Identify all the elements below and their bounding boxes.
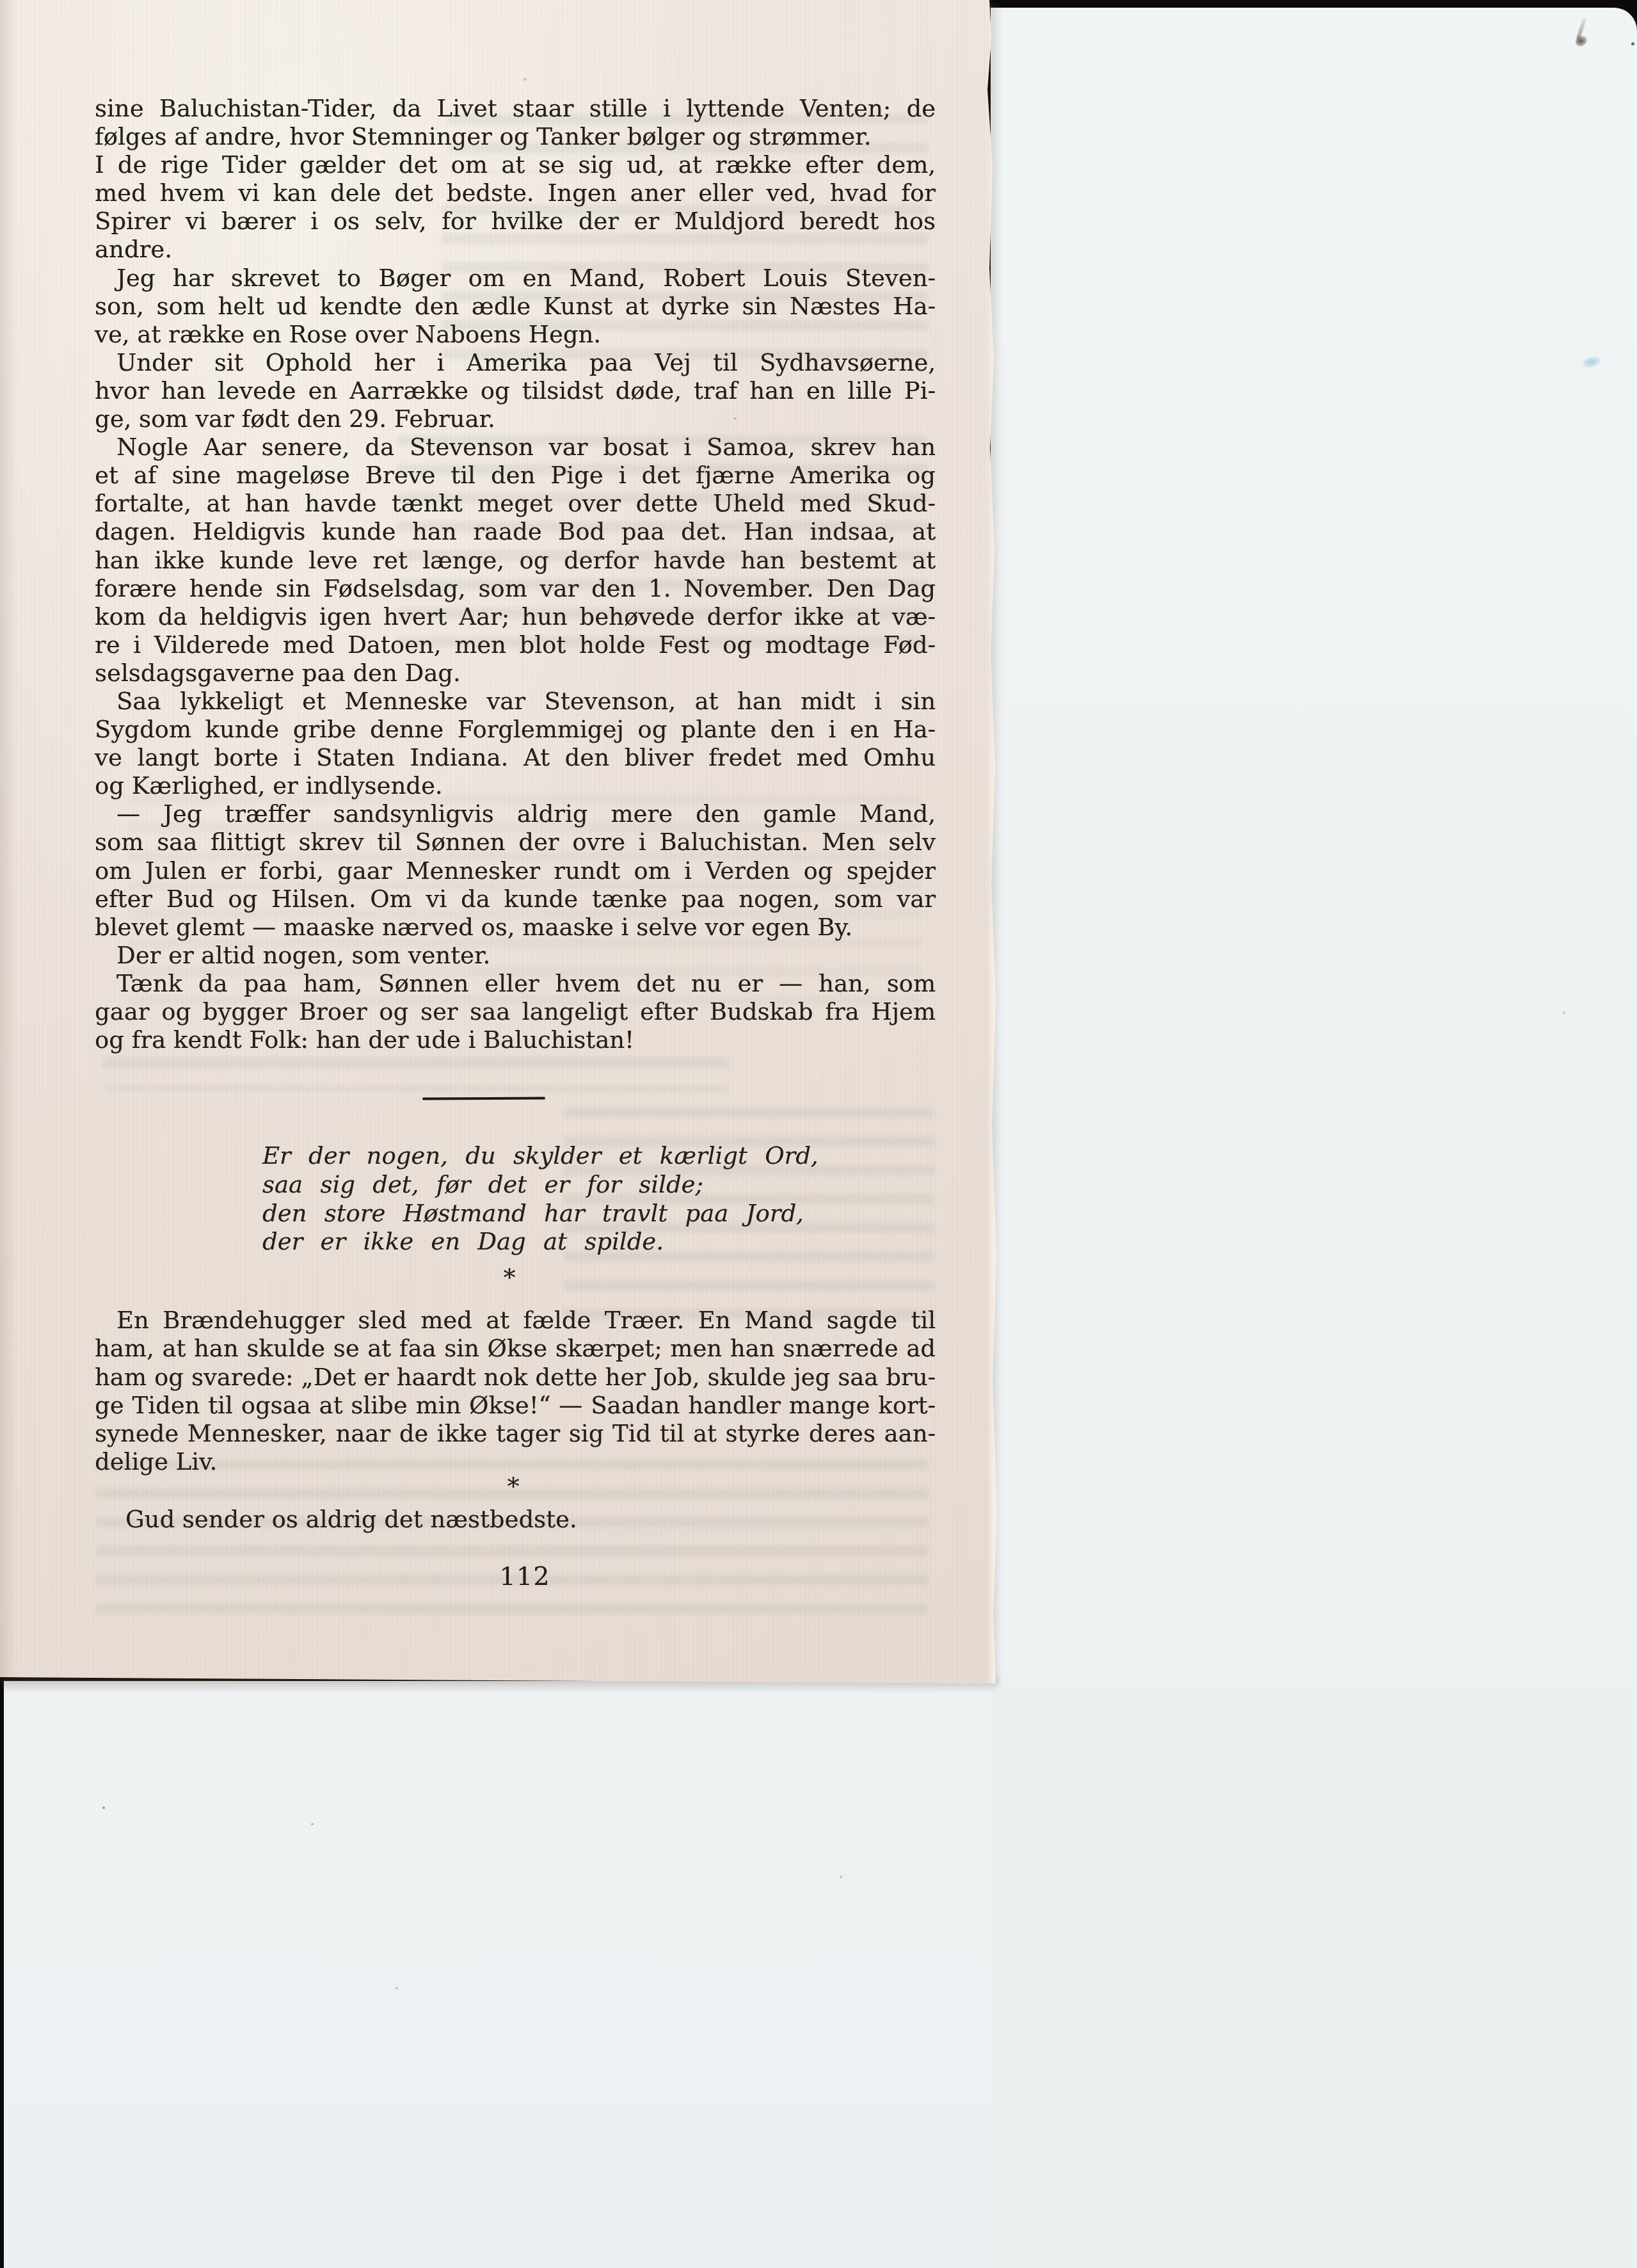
text-line: — Jeg træffer sandsynligvis aldrig mere … [95,800,936,828]
text-line: Jeg har skrevet to Bøger om en Mand, Rob… [95,264,936,293]
text-line: Tænk da paa ham, Sønnen eller hvem det n… [95,970,936,998]
text-line: fortalte, at han havde tænkt meget over … [95,490,936,518]
dust-speck [395,1987,398,1990]
smudge-mark [1573,18,1591,51]
text-line: ham og svarede: „Det er haardt nok dette… [95,1363,936,1392]
scan-paper: sine Baluchistan-Tider, da Livet staar s… [0,0,997,1685]
text-line: blevet glemt — maaske nærved os, maaske … [95,913,936,942]
body-text: sine Baluchistan-Tider, da Livet staar s… [95,95,936,1054]
text-line: med hvem vi kan dele det bedste. Ingen a… [95,179,936,207]
verse-block: Er der nogen, du skylder et kærligt Ord,… [262,1142,818,1257]
text-line: om Julen er forbi, gaar Mennesker rundt … [95,857,936,885]
text-line: og fra kendt Folk: han der ude i Baluchi… [95,1026,936,1054]
foxing-speck [523,78,527,81]
text-line: synede Mennesker, naar de ikke tager sig… [95,1420,936,1448]
text-line: sine Baluchistan-Tider, da Livet staar s… [95,95,936,123]
text-line: kom da heldigvis igen hvert Aar; hun beh… [95,603,936,631]
backing-sheet-bottom [4,1681,991,2268]
verse-line: der er ikke en Dag at spilde. [262,1228,818,1257]
text-line: gaar og bygger Broer og ser saa langelig… [95,998,936,1026]
text-line: Sygdom kunde gribe denne Forglemmigej og… [95,716,936,744]
text-line: han ikke kunde leve ret længe, og derfor… [95,547,936,575]
dust-speck [102,1806,105,1809]
text-line: ve langt borte i Staten Indiana. At den … [95,744,936,772]
scanned-page-view: { "colors": { "ink": "#242019", "paper":… [0,0,1637,2268]
dust-speck [1563,1011,1565,1014]
text-line: dagen. Heldigvis kunde han raade Bod paa… [95,518,936,546]
paper-left-shade [0,0,17,1677]
text-line: selsdagsgaverne paa den Dag. [95,659,936,688]
verse-line: den store Høstmand har travlt paa Jord, [262,1200,818,1228]
text-line: I de rige Tider gælder det om at se sig … [95,151,936,179]
text-line: Under sit Ophold her i Amerika paa Vej t… [95,349,936,377]
text-line: hvor han levede en Aarrække og tilsidst … [95,377,936,405]
closing-line: Gud sender os aldrig det næstbedste. [125,1506,577,1534]
text-line: ge, som var født den 29. Februar. [95,405,936,433]
verse-line: saa sig det, før det er for silde; [262,1171,818,1200]
text-line: Nogle Aar senere, da Stevenson var bosat… [95,433,936,462]
backing-sheet-right [991,8,1637,2268]
text-line: og Kærlighed, er indlysende. [95,772,936,800]
text-line: som saa flittigt skrev til Sønnen der ov… [95,828,936,857]
text-line: ge Tiden til ogsaa at slibe min Økse!“ —… [95,1392,936,1420]
text-line: En Brændehugger sled med at fælde Træer.… [95,1307,936,1335]
dust-speck [311,1823,314,1825]
verse-line: Er der nogen, du skylder et kærligt Ord, [262,1142,818,1171]
text-line: re i Vilderede med Datoen, men blot hold… [95,631,936,659]
text-line: son, som helt ud kendte den ædle Kunst a… [95,293,936,321]
text-line: ve, at række en Rose over Naboens Hegn. [95,321,936,349]
text-line: følges af andre, hvor Stemninger og Tank… [95,123,936,151]
text-line: ham, at han skulde se at faa sin Økse sk… [95,1335,936,1363]
text-line: efter Bud og Hilsen. Om vi da kunde tænk… [95,885,936,913]
section-divider [422,1097,545,1100]
text-line: forære hende sin Fødselsdag, som var den… [95,575,936,603]
text-line: andre. [95,236,936,264]
dust-speck [1631,42,1634,45]
asterisk-separator: * [490,1262,529,1293]
page-number: 112 [493,1562,557,1591]
text-line: Saa lykkeligt et Menneske var Stevenson,… [95,688,936,716]
text-line: Spirer vi bærer i os selv, for hvilke de… [95,207,936,236]
text-line: Der er altid nogen, som venter. [95,942,936,970]
bleed-through-ghost [102,1058,730,1091]
anecdote-text: En Brændehugger sled med at fælde Træer.… [95,1307,936,1477]
dust-speck [840,1876,842,1878]
text-line: et af sine mageløse Breve til den Pige i… [95,462,936,490]
text-line: delige Liv. [95,1448,936,1476]
